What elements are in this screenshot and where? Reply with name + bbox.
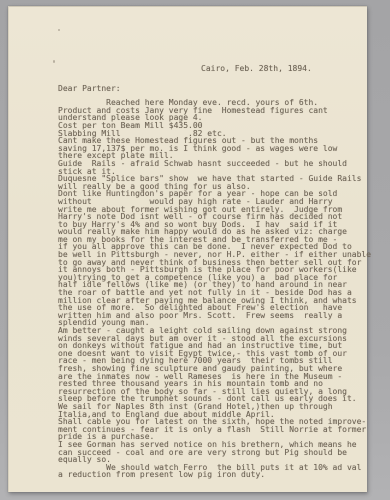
page-background: Cairo, Feb. 28th, 1894. Dear Partner: Re… — [0, 0, 390, 500]
letter-dateline: Cairo, Feb. 28th, 1894. — [201, 65, 367, 73]
letter-salutation: Dear Partner: — [58, 85, 367, 93]
letter-body: Reached here Monday eve. recd. yours of … — [58, 99, 367, 479]
letter-content: Cairo, Feb. 28th, 1894. Dear Partner: Re… — [9, 7, 367, 492]
letter-paper: Cairo, Feb. 28th, 1894. Dear Partner: Re… — [8, 6, 367, 492]
